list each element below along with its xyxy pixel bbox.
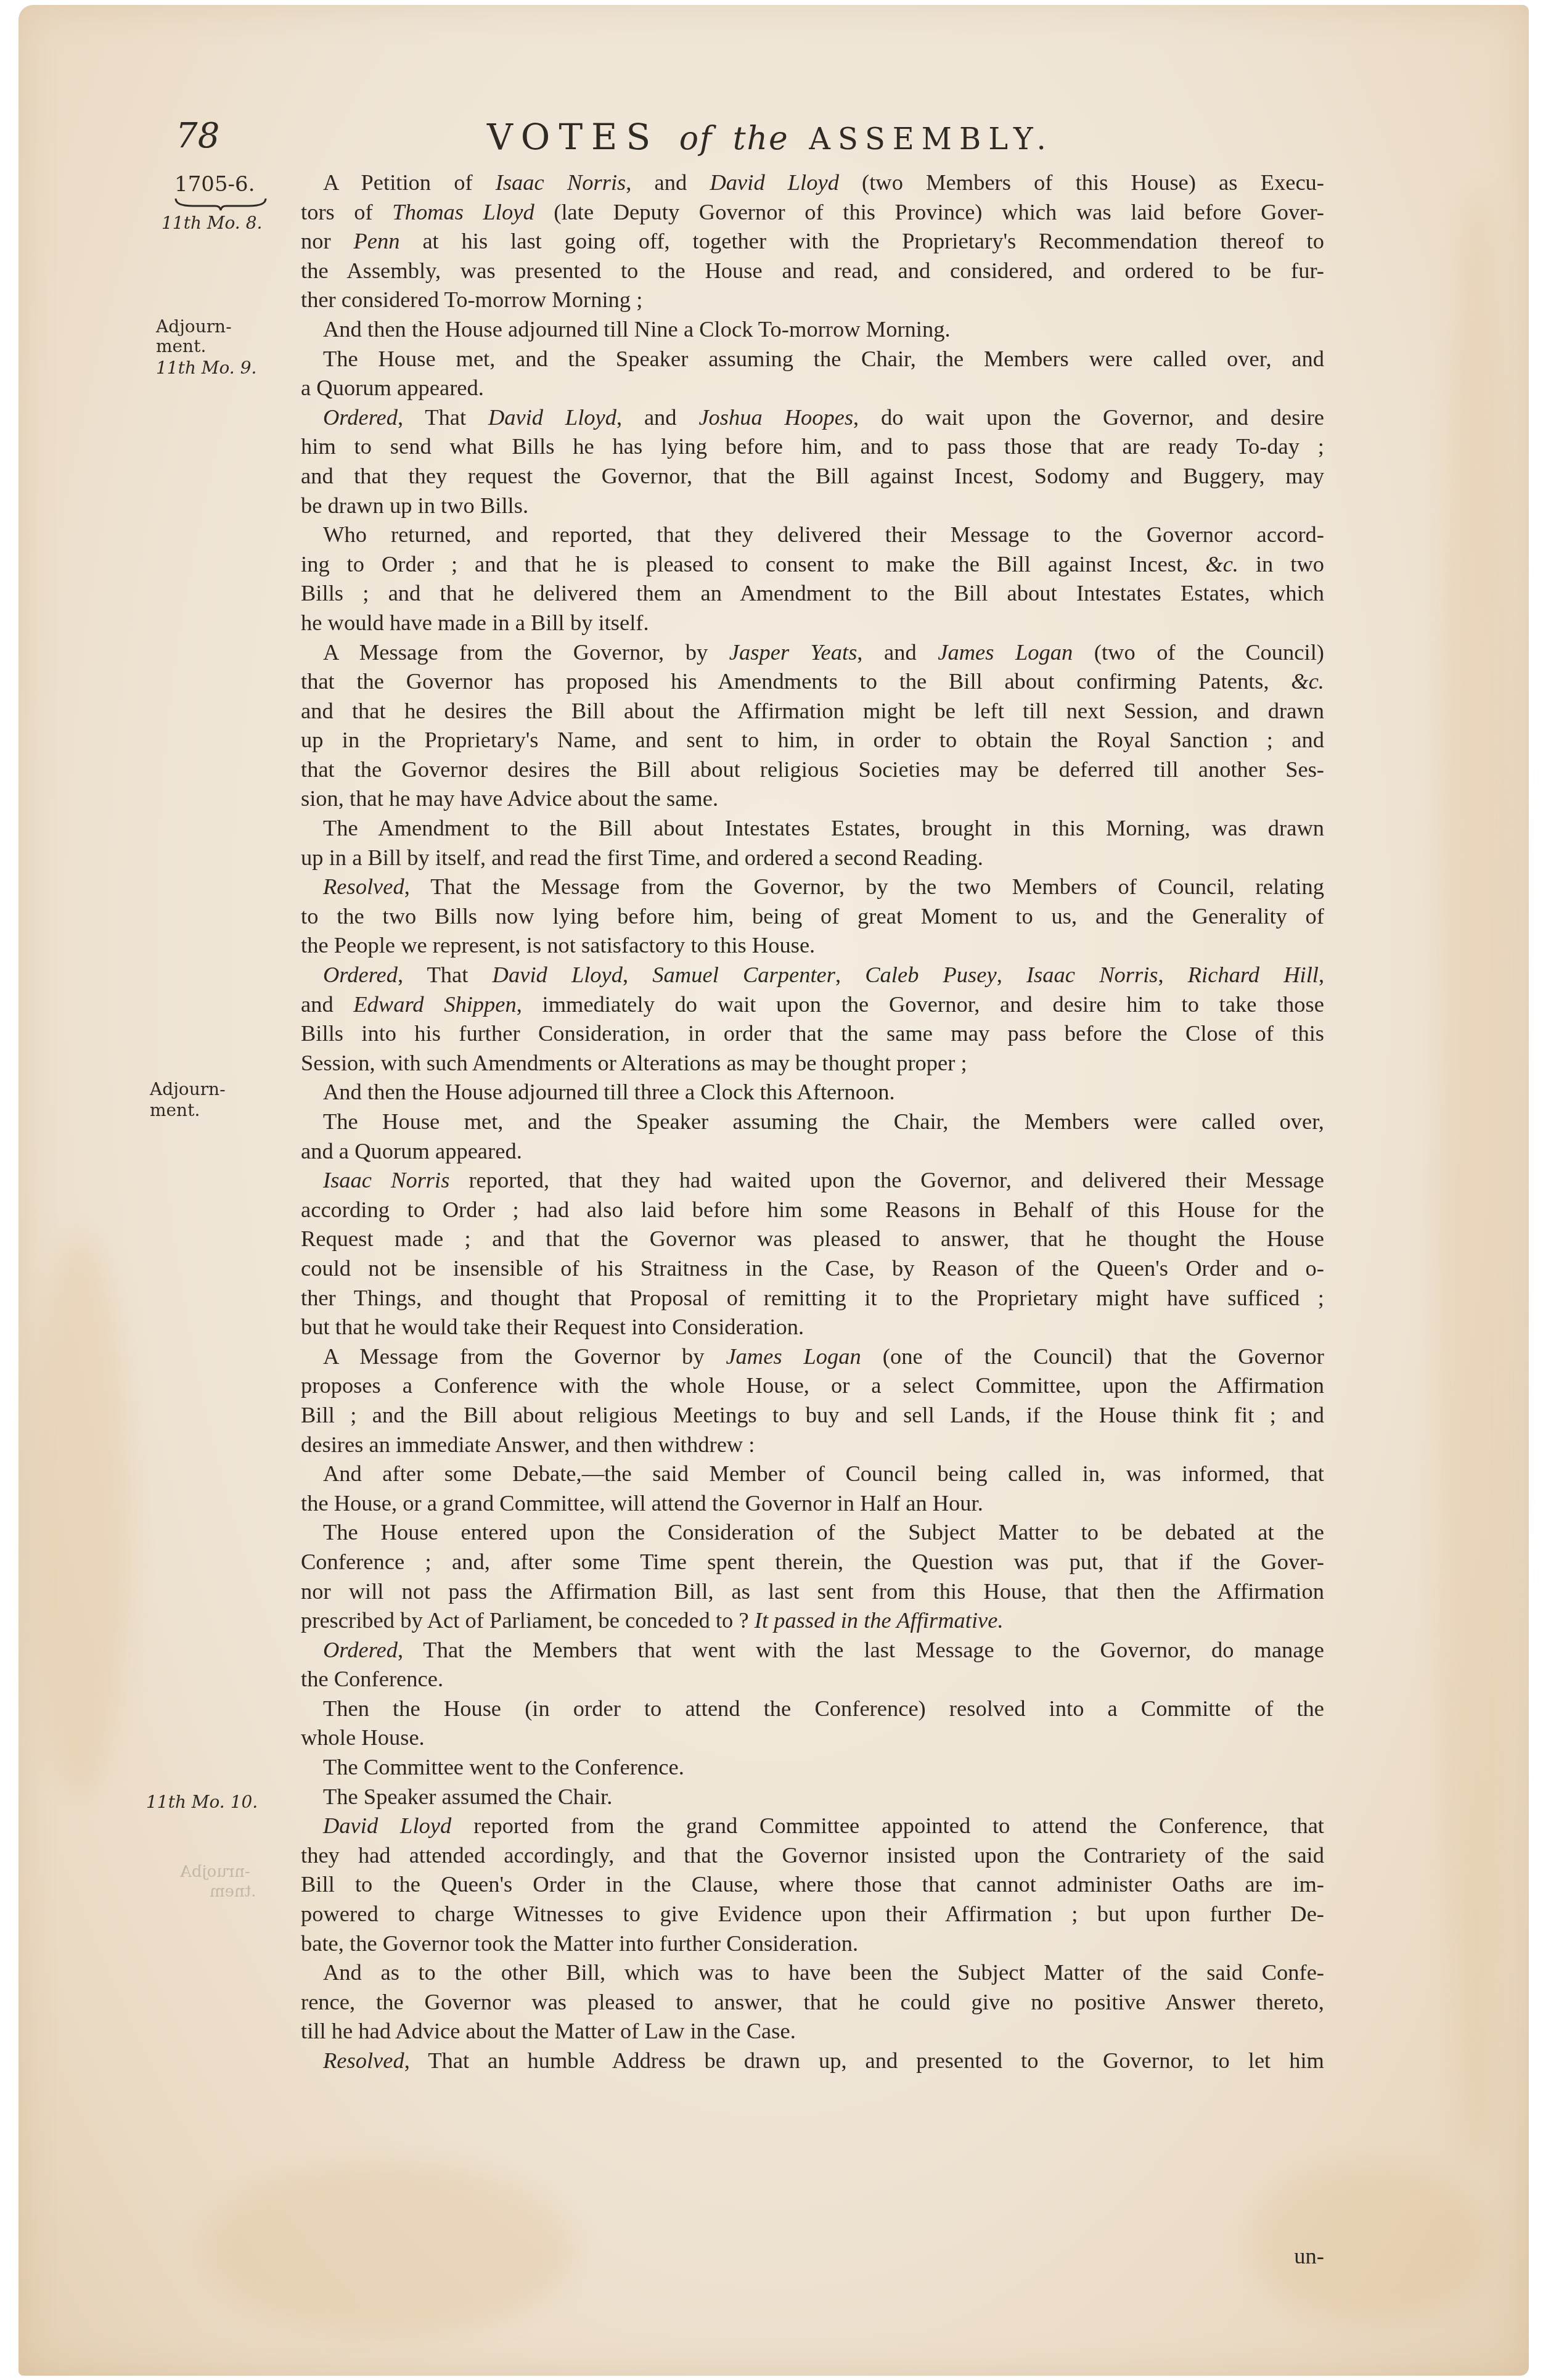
text-line: ther Things, and thought that Proposal o… xyxy=(301,1283,1324,1313)
text-run: proposes a Conference with the whole Hou… xyxy=(301,1373,1324,1398)
text-run: , and xyxy=(616,404,698,430)
italic-run: Ordered xyxy=(323,404,398,430)
margin-note-date2: 11th Mo. 9. xyxy=(156,358,256,379)
text-run: , and xyxy=(626,170,710,195)
text-run: but that he would take their Request int… xyxy=(301,1314,804,1339)
text-run: , That the Message from the Governor, by… xyxy=(404,874,1324,899)
margin-note-adjourn2a: Adjourn- xyxy=(150,1079,226,1100)
brace-icon xyxy=(174,197,267,211)
margin-note-adjourn1b: ment. xyxy=(156,336,206,357)
italic-run: Edward Shippen xyxy=(353,991,516,1017)
text-line: that the Governor desires the Bill about… xyxy=(301,755,1324,784)
text-run: The House entered upon the Consideration… xyxy=(301,1519,1324,1545)
text-line: The Speaker assumed the Chair. xyxy=(301,1782,1324,1812)
text-run: could not be insensible of his Straitnes… xyxy=(301,1255,1324,1281)
italic-run: &c. xyxy=(1205,551,1238,577)
text-run: him to send what Bills he has lying befo… xyxy=(301,433,1324,459)
text-run: rence, the Governor was pleased to answe… xyxy=(301,1989,1324,2014)
text-run xyxy=(301,404,323,430)
text-run: sion, that he may have Advice about the … xyxy=(301,786,718,811)
margin-note-date1: 11th Mo. 8. xyxy=(162,213,262,234)
text-run: prescribed by Act of Parliament, be conc… xyxy=(301,1607,755,1633)
text-run: reported, that they had waited upon the … xyxy=(449,1167,1324,1192)
text-run: be drawn up in two Bills. xyxy=(301,493,528,518)
text-line: rence, the Governor was pleased to answe… xyxy=(301,1987,1324,2017)
text-run: ther considered To-morrow Morning ; xyxy=(301,287,642,312)
text-line: The House met, and the Speaker assuming … xyxy=(301,344,1324,374)
text-run: till he had Advice about the Matter of L… xyxy=(301,2018,796,2043)
text-line: And after some Debate,—the said Member o… xyxy=(301,1459,1324,1488)
text-line: Ordered, That David Lloyd, Samuel Carpen… xyxy=(301,960,1324,990)
text-line: sion, that he may have Advice about the … xyxy=(301,784,1324,813)
italic-run: Richard Hill xyxy=(1188,962,1319,987)
text-line: powered to charge Witnesses to give Evid… xyxy=(301,1899,1324,1929)
catchword: un- xyxy=(301,2241,1324,2271)
text-run: , That xyxy=(398,404,488,430)
text-line: a Quorum appeared. xyxy=(301,373,1324,403)
text-line: and a Quorum appeared. xyxy=(301,1136,1324,1166)
margin-note-date3: 11th Mo. 10. xyxy=(146,1792,258,1813)
text-line: up in the Proprietary's Name, and sent t… xyxy=(301,725,1324,755)
italic-run: Isaac Norris xyxy=(323,1167,449,1192)
text-run: Session, with such Amendments or Alterat… xyxy=(301,1050,967,1075)
text-run: to the two Bills now lying before him, b… xyxy=(301,903,1324,929)
text-run: The House met, and the Speaker assuming … xyxy=(301,346,1324,371)
text-run: A Message from the Governor, by xyxy=(301,639,729,665)
title-assembly: ASSEMBLY. xyxy=(809,122,1054,157)
text-line: prescribed by Act of Parliament, be conc… xyxy=(301,1606,1324,1635)
text-line: Session, with such Amendments or Alterat… xyxy=(301,1048,1324,1078)
text-run: Bill to the Queen's Order in the Clause,… xyxy=(301,1871,1324,1897)
text-line: The House entered upon the Consideration… xyxy=(301,1517,1324,1547)
italic-run: Jasper Yeats xyxy=(729,639,857,665)
text-run: and a Quorum appeared. xyxy=(301,1138,522,1163)
text-run: and that they request the Governor, that… xyxy=(301,463,1324,488)
text-run: the House, or a grand Committee, will at… xyxy=(301,1490,983,1516)
text-run: And after some Debate,—the said Member o… xyxy=(301,1461,1324,1486)
text-run: Request made ; and that the Governor was… xyxy=(301,1226,1324,1251)
text-run: , xyxy=(997,962,1026,987)
text-line: nor will not pass the Affirmation Bill, … xyxy=(301,1577,1324,1606)
text-line: desires an immediate Answer, and then wi… xyxy=(301,1430,1324,1459)
text-line: him to send what Bills he has lying befo… xyxy=(301,432,1324,461)
text-run: , xyxy=(1319,962,1324,987)
text-line: till he had Advice about the Matter of L… xyxy=(301,2016,1324,2046)
text-run: The Amendment to the Bill about Intestat… xyxy=(301,815,1324,840)
title-the: the xyxy=(733,120,789,157)
text-run: (two of the Council) xyxy=(1073,639,1324,665)
catchword-block: un- xyxy=(301,2241,1324,2271)
text-line: And then the House adjourned till Nine a… xyxy=(301,314,1324,344)
year-label: 1705-6. xyxy=(174,172,255,197)
text-run: reported from the grand Committee appoin… xyxy=(451,1813,1324,1838)
text-run: , immediately do wait upon the Governor,… xyxy=(517,991,1324,1017)
text-line: bate, the Governor took the Matter into … xyxy=(301,1929,1324,1958)
text-run: Conference ; and, after some Time spent … xyxy=(301,1549,1324,1574)
text-run: , That the Members that went with the la… xyxy=(398,1637,1324,1662)
text-line: A Message from the Governor by James Log… xyxy=(301,1342,1324,1371)
text-run: ther Things, and thought that Proposal o… xyxy=(301,1285,1324,1310)
text-line: and that they request the Governor, that… xyxy=(301,461,1324,491)
text-line: the Assembly, was presented to the House… xyxy=(301,256,1324,285)
text-line: could not be insensible of his Straitnes… xyxy=(301,1254,1324,1283)
text-run: the Assembly, was presented to the House… xyxy=(301,258,1324,283)
text-line: Resolved, That an humble Address be draw… xyxy=(301,2046,1324,2075)
text-run: desires an immediate Answer, and then wi… xyxy=(301,1432,755,1457)
italic-run: Caleb Pusey xyxy=(865,962,996,987)
text-run: (one of the Council) that the Governor xyxy=(861,1344,1324,1369)
text-line: nor Penn at his last going off, together… xyxy=(301,226,1324,256)
text-run xyxy=(301,1813,323,1838)
italic-run: Joshua Hoopes xyxy=(698,404,853,430)
text-run: ing to Order ; and that he is pleased to… xyxy=(301,551,1205,577)
text-line: and Edward Shippen, immediately do wait … xyxy=(301,990,1324,1019)
text-run: whole House. xyxy=(301,1725,425,1750)
text-run: A Petition of xyxy=(301,170,496,195)
text-run: a Quorum appeared. xyxy=(301,375,484,400)
text-line: The House met, and the Speaker assuming … xyxy=(301,1107,1324,1136)
text-line: the Conference. xyxy=(301,1664,1324,1694)
text-line: Resolved, That the Message from the Gove… xyxy=(301,872,1324,901)
text-run xyxy=(301,874,323,899)
italic-run: David Lloyd xyxy=(493,962,623,987)
italic-run: David Lloyd xyxy=(488,404,616,430)
text-run: Bills ; and that he delivered them an Am… xyxy=(301,580,1324,605)
margin-note-adjourn2b: ment. xyxy=(150,1100,200,1121)
text-line: according to Order ; had also laid befor… xyxy=(301,1195,1324,1225)
text-line: the House, or a grand Committee, will at… xyxy=(301,1488,1324,1518)
text-run: , do wait upon the Governor, and desire xyxy=(853,404,1324,430)
text-line: A Petition of Isaac Norris, and David Ll… xyxy=(301,168,1324,197)
text-run: bate, the Governor took the Matter into … xyxy=(301,1931,858,1956)
text-run: , That xyxy=(398,962,493,987)
text-run: at his last going off, together with the… xyxy=(400,228,1324,253)
text-line: that the Governor has proposed his Amend… xyxy=(301,667,1324,696)
text-line: up in a Bill by itself, and read the fir… xyxy=(301,843,1324,872)
italic-run: James Logan xyxy=(938,639,1073,665)
text-line: ing to Order ; and that he is pleased to… xyxy=(301,549,1324,579)
text-line: A Message from the Governor, by Jasper Y… xyxy=(301,638,1324,667)
text-run: A Message from the Governor by xyxy=(301,1344,726,1369)
text-run: And as to the other Bill, which was to h… xyxy=(301,1959,1324,1985)
edge-tone xyxy=(1436,190,1516,2163)
text-run: The Committee went to the Conference. xyxy=(301,1754,684,1779)
page-title: VOTES of the ASSEMBLY. xyxy=(487,116,1054,158)
text-line: proposes a Conference with the whole Hou… xyxy=(301,1371,1324,1400)
text-line: Isaac Norris reported, that they had wai… xyxy=(301,1165,1324,1195)
text-run: nor will not pass the Affirmation Bill, … xyxy=(301,1578,1324,1604)
italic-run: Penn xyxy=(354,228,400,253)
italic-run: It passed in the Affirmative. xyxy=(755,1607,1004,1633)
text-run: they had attended accordingly, and that … xyxy=(301,1842,1324,1868)
foxing-stain xyxy=(31,1238,129,1793)
text-line: Who returned, and reported, that they de… xyxy=(301,520,1324,549)
italic-run: Samuel Carpenter xyxy=(652,962,835,987)
text-run xyxy=(301,2048,323,2073)
text-run: up in a Bill by itself, and read the fir… xyxy=(301,845,983,870)
text-run: according to Order ; had also laid befor… xyxy=(301,1197,1324,1222)
text-run: he would have made in a Bill by itself. xyxy=(301,610,649,635)
text-line: he would have made in a Bill by itself. xyxy=(301,608,1324,638)
document-body: A Petition of Isaac Norris, and David Ll… xyxy=(301,168,1324,2075)
text-line: Then the House (in order to attend the C… xyxy=(301,1694,1324,1723)
italic-run: Thomas Lloyd xyxy=(392,199,534,224)
text-run: the People we represent, is not satisfac… xyxy=(301,932,815,958)
text-line: David Lloyd reported from the grand Comm… xyxy=(301,1811,1324,1840)
text-run: , That an humble Address be drawn up, an… xyxy=(404,2048,1324,2073)
text-run xyxy=(301,962,323,987)
title-votes: VOTES xyxy=(487,116,659,158)
text-line: they had attended accordingly, and that … xyxy=(301,1840,1324,1870)
italic-run: Isaac Norris xyxy=(1026,962,1158,987)
text-run: that the Governor has proposed his Amend… xyxy=(301,668,1291,694)
text-line: Bills ; and that he delivered them an Am… xyxy=(301,578,1324,608)
text-line: The Committee went to the Conference. xyxy=(301,1752,1324,1782)
italic-run: Resolved xyxy=(323,874,404,899)
title-of: of xyxy=(679,120,713,157)
text-line: Ordered, That David Lloyd, and Joshua Ho… xyxy=(301,403,1324,432)
italic-run: Ordered xyxy=(323,1637,398,1662)
text-run: that the Governor desires the Bill about… xyxy=(301,757,1324,782)
text-line: And as to the other Bill, which was to h… xyxy=(301,1958,1324,1987)
text-run: and xyxy=(301,991,353,1017)
text-run: Then the House (in order to attend the C… xyxy=(301,1696,1324,1721)
text-run: Who returned, and reported, that they de… xyxy=(301,522,1324,547)
text-line: be drawn up in two Bills. xyxy=(301,491,1324,520)
margin-note-adjourn1a: Adjourn- xyxy=(156,316,232,337)
italic-run: David Lloyd xyxy=(323,1813,451,1838)
text-run: nor xyxy=(301,228,354,253)
text-run: , xyxy=(623,962,652,987)
text-run: , and xyxy=(857,639,938,665)
text-run: , xyxy=(1158,962,1188,987)
text-run: (two Members of this House) as Execu- xyxy=(839,170,1324,195)
text-line: Bill to the Queen's Order in the Clause,… xyxy=(301,1869,1324,1899)
text-line: whole House. xyxy=(301,1723,1324,1752)
text-run: The Speaker assumed the Chair. xyxy=(301,1784,612,1809)
text-run: And then the House adjourned till three … xyxy=(301,1079,895,1104)
text-run: in two xyxy=(1238,551,1324,577)
text-line: Conference ; and, after some Time spent … xyxy=(301,1547,1324,1577)
text-line: Bills into his further Consideration, in… xyxy=(301,1019,1324,1048)
text-run: Bills into his further Consideration, in… xyxy=(301,1020,1324,1046)
text-run: , xyxy=(835,962,865,987)
show-through-text: -nruojbA xyxy=(180,1862,250,1882)
text-run xyxy=(301,1167,323,1192)
page-number: 78 xyxy=(176,116,219,156)
text-line: Request made ; and that the Governor was… xyxy=(301,1224,1324,1254)
text-line: ther considered To-morrow Morning ; xyxy=(301,285,1324,314)
text-line: and that he desires the Bill about the A… xyxy=(301,696,1324,726)
italic-run: James Logan xyxy=(726,1344,861,1369)
text-line: Ordered, That the Members that went with… xyxy=(301,1635,1324,1665)
text-run xyxy=(301,1637,323,1662)
italic-run: Ordered xyxy=(323,962,398,987)
italic-run: Isaac Norris xyxy=(496,170,626,195)
text-run: tors of xyxy=(301,199,392,224)
text-line: And then the House adjourned till three … xyxy=(301,1077,1324,1107)
text-run: Bill ; and the Bill about religious Meet… xyxy=(301,1402,1324,1427)
show-through-text: .tnem xyxy=(210,1882,256,1902)
text-run: the Conference. xyxy=(301,1666,443,1691)
text-run: up in the Proprietary's Name, and sent t… xyxy=(301,727,1324,752)
text-run: powered to charge Witnesses to give Evid… xyxy=(301,1901,1324,1926)
text-line: but that he would take their Request int… xyxy=(301,1312,1324,1342)
text-line: to the two Bills now lying before him, b… xyxy=(301,901,1324,931)
text-run: (late Deputy Governor of this Province) … xyxy=(534,199,1324,224)
text-line: The Amendment to the Bill about Intestat… xyxy=(301,813,1324,843)
italic-run: &c. xyxy=(1291,668,1324,694)
text-run: and that he desires the Bill about the A… xyxy=(301,698,1324,723)
text-run: And then the House adjourned till Nine a… xyxy=(301,316,951,342)
text-line: Bill ; and the Bill about religious Meet… xyxy=(301,1400,1324,1430)
margin-note-year: 1705-6. xyxy=(174,174,267,211)
text-run: The House met, and the Speaker assuming … xyxy=(301,1109,1324,1134)
text-line: tors of Thomas Lloyd (late Deputy Govern… xyxy=(301,197,1324,227)
italic-run: Resolved xyxy=(323,2048,404,2073)
italic-run: David Lloyd xyxy=(710,170,838,195)
running-header: 78 VOTES of the ASSEMBLY. xyxy=(0,116,1543,165)
text-line: the People we represent, is not satisfac… xyxy=(301,930,1324,960)
